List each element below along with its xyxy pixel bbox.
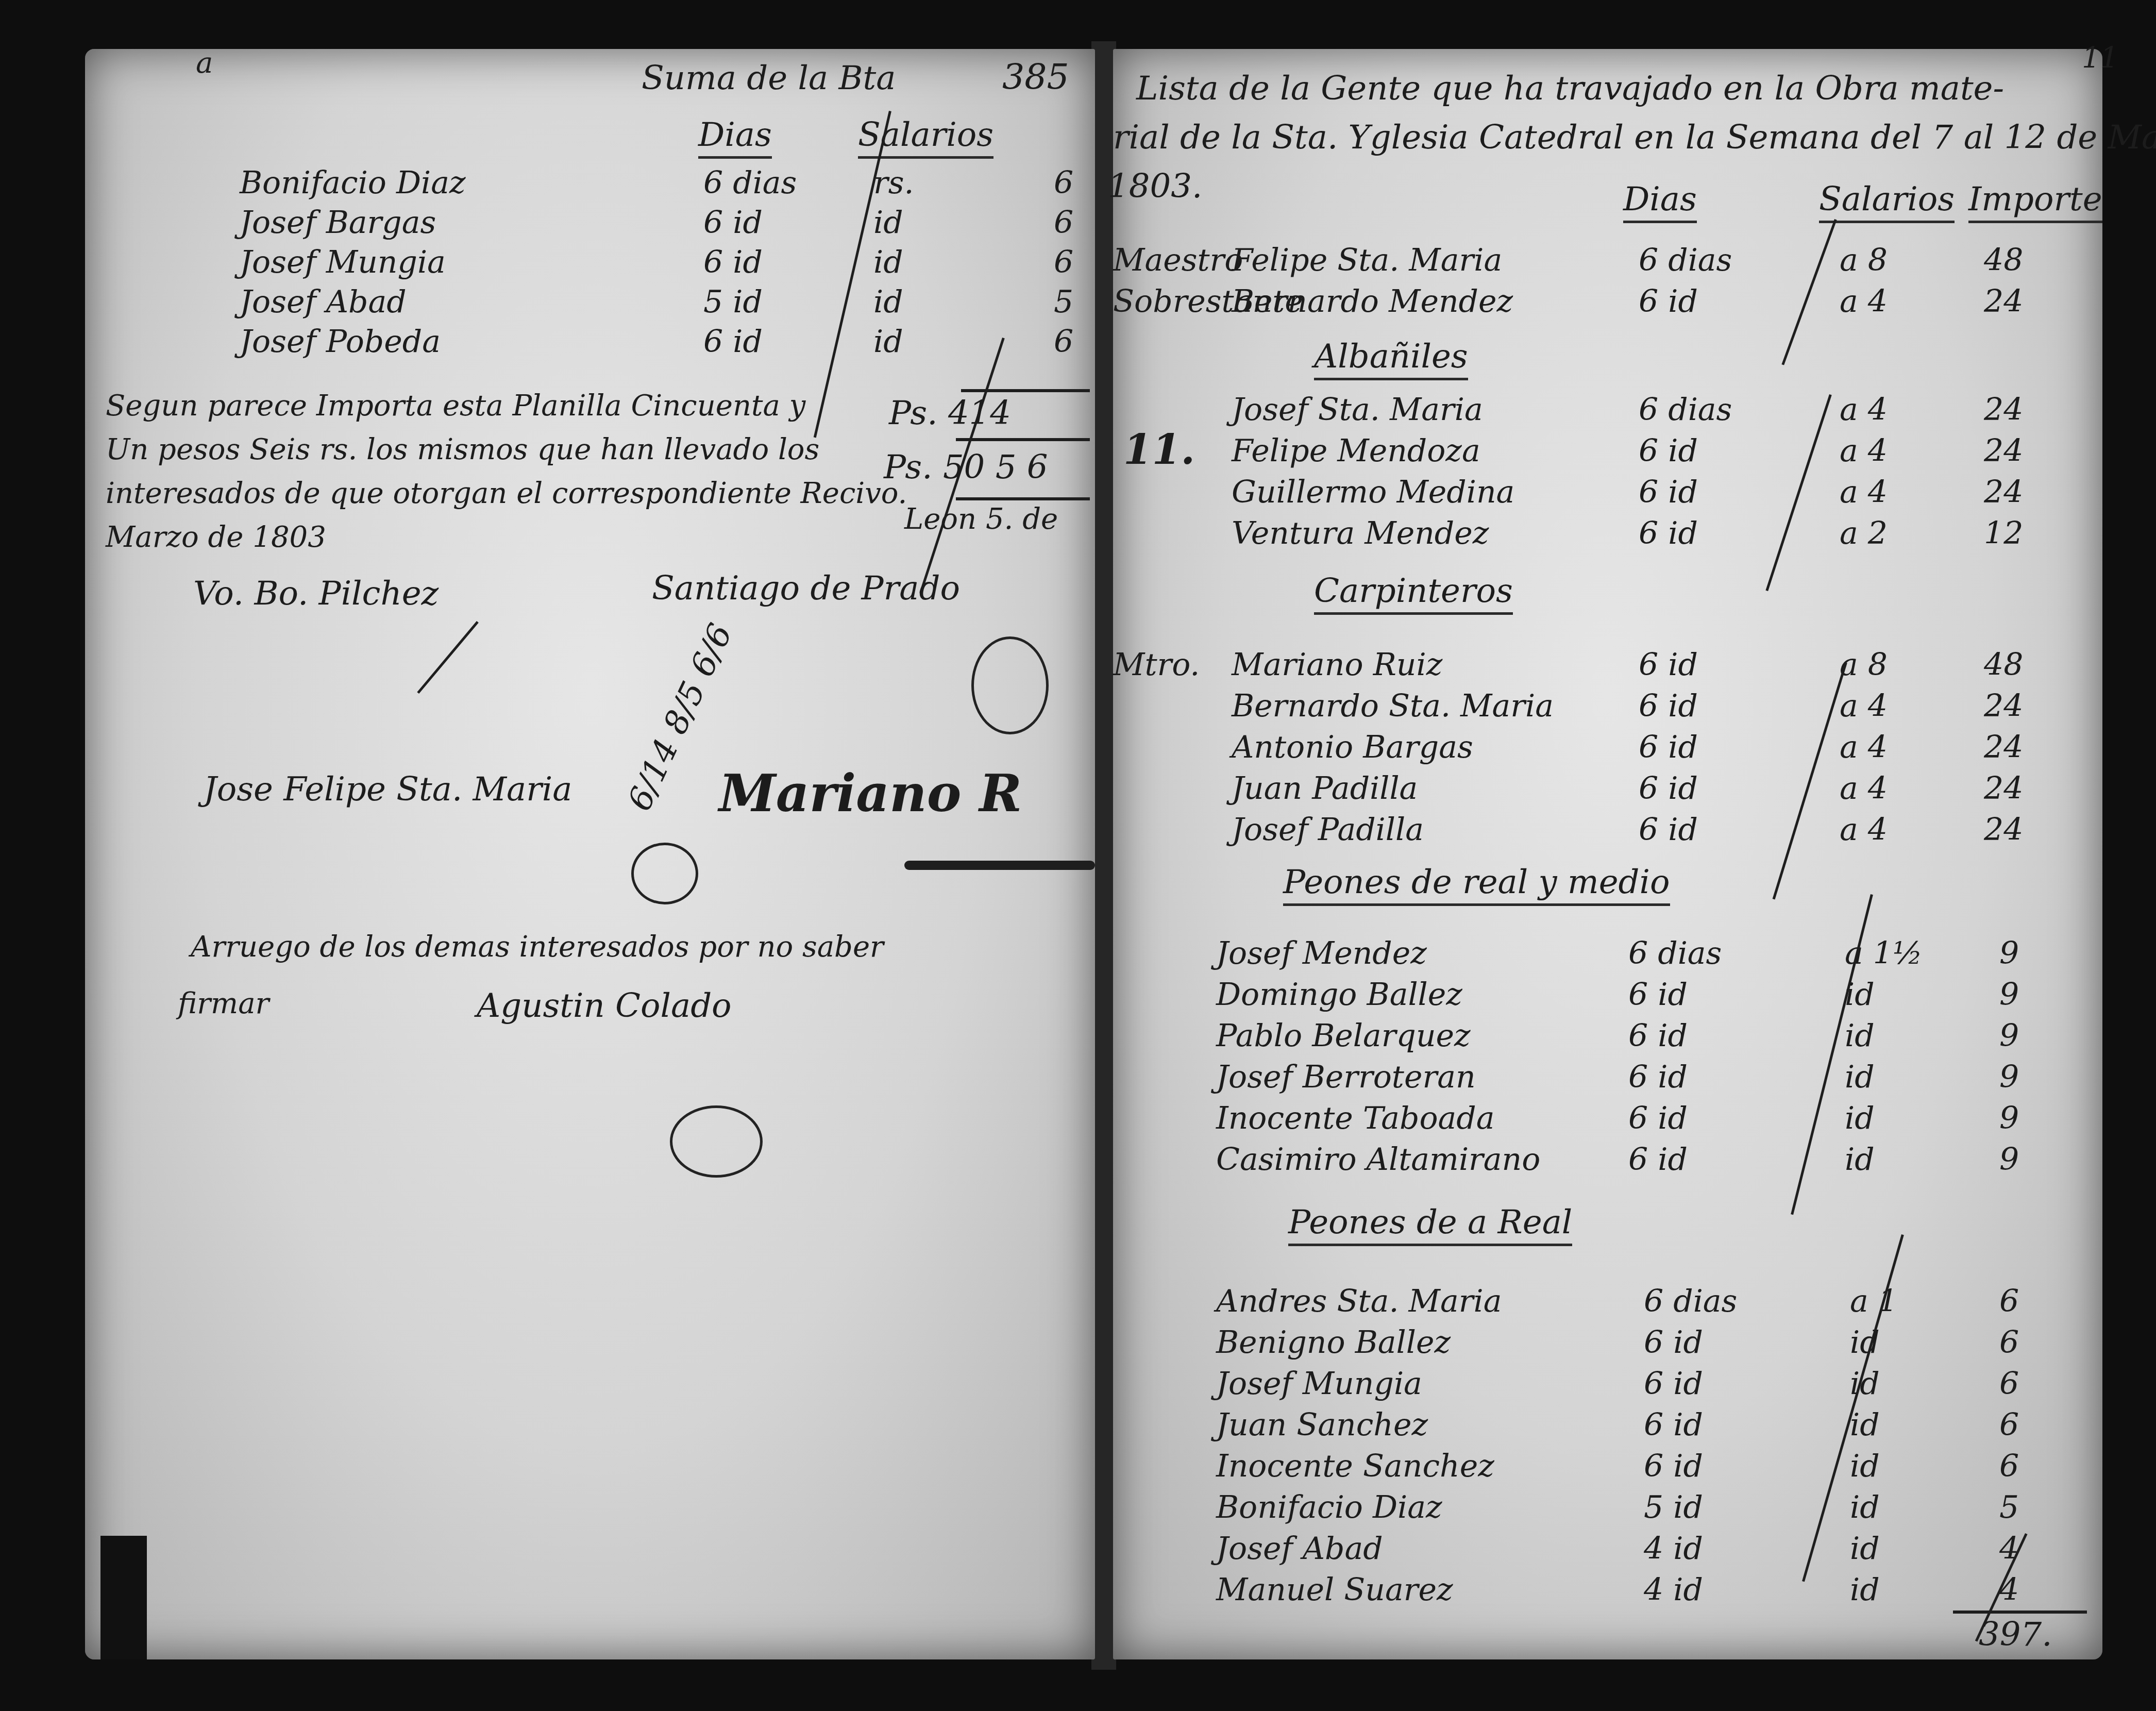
rate: id [873,244,903,280]
worker-name: Juan Sanchez [1216,1407,1428,1443]
rubric-icon [631,843,698,904]
days: 6 dias [1628,935,1722,971]
sum-rule [961,389,1090,392]
bookmark-tab [100,1536,147,1659]
amount: 9 [1999,1142,2019,1178]
days: 5 id [703,284,763,320]
worker-name: Andres Sta. Maria [1216,1283,1502,1319]
worker-name: Josef Pobeda [240,324,441,360]
table-row: Josef Mendez 6 dias a 1½ 9 [1113,935,2092,977]
days: 6 id [1639,647,1698,683]
table-row: Bernardo Sta. Maria 6 id a 4 24 [1113,688,2092,729]
table-row: Inocente Sanchez 6 id id 6 [1113,1448,2092,1489]
signature-firmar: firmar [178,987,269,1020]
table-row: Casimiro Altamirano 6 id id 9 [1113,1142,2092,1183]
days: 4 id [1644,1572,1703,1608]
worker-name: Ventura Mendez [1232,515,1489,551]
sum-rule [956,497,1090,500]
amount: 24 [1984,729,2023,765]
amount: 24 [1984,812,2023,848]
left-page: a Suma de la Bta 385 Dias Salarios Bonif… [85,49,1095,1659]
rate: id [1845,1018,1875,1054]
worker-name: Josef Mungia [1216,1366,1422,1402]
table-row: Sobrestante Bernardo Mendez 6 id a 4 24 [1113,283,2092,325]
table-row: Josef Sta. Maria 6 dias a 4 24 [1113,392,2092,433]
amount: 9 [1999,1018,2019,1054]
table-row: Bonifacio Diaz 5 id id 5 [1113,1489,2092,1531]
amount: 48 [1984,647,2023,683]
worker-name: Antonio Bargas [1232,729,1473,765]
table-row: Josef Mungia 6 id id 6 [1113,1366,2092,1407]
title-line: Lista de la Gente que ha travajado en la… [1136,70,2004,108]
header-salary: Salarios [1819,180,1955,223]
header-days: Dias [698,116,772,159]
statement-line: Segun parece Importa esta Planilla Cincu… [106,389,805,423]
days: 6 dias [1639,392,1732,428]
days: 6 id [703,205,763,241]
amount: 24 [1984,474,2023,510]
amount: 9 [1999,977,2019,1013]
signature-agustin: Agustin Colado [477,987,732,1025]
worker-name: Josef Berroteran [1216,1059,1476,1095]
days: 6 id [1639,688,1698,724]
days: 6 id [1639,729,1698,765]
title-line: rial de la Sta. Yglesia Catedral en la S… [1113,119,2156,157]
table-row: Andres Sta. Maria 6 dias a 1 6 [1113,1283,2092,1324]
rate: id [1850,1407,1880,1443]
amount: 6 [1999,1324,2019,1361]
worker-name: Manuel Suarez [1216,1572,1453,1608]
amount: 6 [1999,1366,2019,1402]
table-row: Mtro. Mariano Ruiz 6 id a 8 48 [1113,647,2092,688]
signature-jose: Jose Felipe Sta. Maria [204,770,572,809]
rate: id [1845,1100,1875,1136]
signature-flourish [417,621,479,694]
amount: 24 [1984,433,2023,469]
signature-vobo: Vo. Bo. Pilchez [193,575,439,613]
days: 6 id [703,244,763,280]
days: 6 id [1628,1100,1688,1136]
table-row: Inocente Taboada 6 id id 9 [1113,1100,2092,1142]
worker-name: Felipe Sta. Maria [1232,242,1502,278]
days: 6 dias [1639,242,1732,278]
title-line: 1803. [1108,167,1202,206]
corner-mark: a [196,46,213,80]
days: 6 id [1644,1448,1703,1484]
worker-name: Inocente Sanchez [1216,1448,1494,1484]
amount: 9 [1999,935,2019,971]
rate: id [873,324,903,360]
amount: 12 [1984,515,2023,551]
table-row: Juan Padilla 6 id a 4 24 [1113,770,2092,812]
table-row: Josef Abad 5 id id 5 [240,284,1095,325]
rate: a 4 [1840,729,1888,765]
section-title: Carpinteros [1314,572,1513,615]
worker-name: Josef Abad [1216,1531,1383,1567]
rate: a 8 [1840,242,1888,278]
worker-name: Josef Sta. Maria [1232,392,1483,428]
table-row: Josef Abad 4 id id 4 [1113,1531,2092,1572]
statement-line: interesados de que otorgan el correspond… [106,477,907,510]
days: 6 id [1639,770,1698,807]
page-number: 11 [2082,41,2118,75]
rate: a 4 [1840,392,1888,428]
worker-name: Josef Padilla [1232,812,1424,848]
table-row: Manuel Suarez 4 id id 4 [1113,1572,2092,1613]
amount: 6 [1054,324,1073,360]
rate: id [1850,1448,1880,1484]
table-row: Antonio Bargas 6 id a 4 24 [1113,729,2092,770]
days: 6 id [1639,433,1698,469]
worker-name: Bernardo Mendez [1232,283,1513,320]
rate: id [1850,1489,1880,1525]
table-row: Guillermo Medina 6 id a 4 24 [1113,474,2092,515]
table-row: Maestro Felipe Sta. Maria 6 dias a 8 48 [1113,242,2092,283]
amount: 6 [1999,1283,2019,1319]
worker-name: Guillermo Medina [1232,474,1514,510]
rate: id [1850,1531,1880,1567]
carry-over-value: 385 [1002,57,1069,97]
rate: a 2 [1840,515,1888,551]
days: 6 id [1644,1366,1703,1402]
amount: 6 [1999,1407,2019,1443]
amount: 5 [1999,1489,2019,1525]
days: 4 id [1644,1531,1703,1567]
amount: 4 [1999,1531,2019,1567]
amount: 6 [1999,1448,2019,1484]
header-salary: Salarios [858,116,993,159]
rate: id [1845,1142,1875,1178]
amount: 9 [1999,1100,2019,1136]
days: 6 id [1628,977,1688,1013]
worker-name: Josef Mendez [1216,935,1427,971]
worker-name: Bonifacio Diaz [1216,1489,1442,1525]
table-row: Josef Bargas 6 id id 6 [240,205,1095,246]
amount: 24 [1984,283,2023,320]
rate: id [1850,1572,1880,1608]
rate: a 4 [1840,812,1888,848]
amount: 6 [1054,205,1073,241]
amount: 5 [1054,284,1073,320]
worker-name: Bonifacio Diaz [240,165,466,201]
days: 6 dias [1644,1283,1737,1319]
total-line-1: Ps. 414 [889,394,1011,432]
role: Mtro. [1113,647,1200,683]
worker-name: Juan Padilla [1232,770,1418,807]
days: 6 id [1628,1142,1688,1178]
role: Maestro [1113,242,1243,278]
section-title: Albañiles [1314,338,1468,380]
worker-name: Bernardo Sta. Maria [1232,688,1554,724]
days: 5 id [1644,1489,1703,1525]
table-row: Ventura Mendez 6 id a 2 12 [1113,515,2092,557]
rate: a 4 [1840,770,1888,807]
worker-name: Domingo Ballez [1216,977,1462,1013]
worker-name: Josef Bargas [240,205,436,241]
table-row: Benigno Ballez 6 id id 6 [1113,1324,2092,1366]
rate: a 1 [1850,1283,1898,1319]
rate: a 4 [1840,433,1888,469]
worker-name: Benigno Ballez [1216,1324,1451,1361]
worker-name: Mariano Ruiz [1232,647,1442,683]
days: 6 id [1644,1407,1703,1443]
section-title: Peones de real y medio [1283,863,1670,906]
table-row: Juan Sanchez 6 id id 6 [1113,1407,2092,1448]
rate: rs. [873,165,914,201]
amount: 48 [1984,242,2023,278]
signature-ruego: Arruego de los demas interesados por no … [191,930,884,964]
amount: 6 [1054,244,1073,280]
worker-name: Felipe Mendoza [1232,433,1480,469]
rate: id [873,205,903,241]
amount: 24 [1984,688,2023,724]
rate: a 4 [1840,283,1888,320]
worker-name: Josef Mungia [240,244,446,280]
worker-name: Inocente Taboada [1216,1100,1495,1136]
days: 6 id [1639,283,1698,320]
days: 6 id [1628,1018,1688,1054]
table-row: Josef Mungia 6 id id 6 [240,244,1095,286]
worker-name: Pablo Belarquez [1216,1018,1471,1054]
table-row: Felipe Mendoza 6 id a 4 24 [1113,433,2092,474]
right-page: 11 Lista de la Gente que ha travajado en… [1113,49,2102,1659]
section-title: Peones de a Real [1288,1203,1572,1246]
statement-date: Marzo de 1803 [106,521,326,554]
rate: a 4 [1840,474,1888,510]
days: 6 id [1639,812,1698,848]
signature-underline [904,861,1095,870]
table-row: Josef Padilla 6 id a 4 24 [1113,812,2092,853]
statement-line: Un pesos Seis rs. los mismos que han lle… [106,433,819,466]
signature-prado: Santiago de Prado [652,569,960,608]
worker-name: Josef Abad [240,284,407,320]
days: 6 id [1639,515,1698,551]
table-row: Josef Berroteran 6 id id 9 [1113,1059,2092,1100]
table-row: Pablo Belarquez 6 id id 9 [1113,1018,2092,1059]
rate: id [873,284,903,320]
sum-rule [1953,1611,2087,1614]
table-row: Bonifacio Diaz 6 dias rs. 6 [240,165,1095,206]
rate: a 4 [1840,688,1888,724]
table-row: Domingo Ballez 6 id id 9 [1113,977,2092,1018]
worker-name: Casimiro Altamirano [1216,1142,1540,1178]
rubric-icon [670,1105,763,1178]
carry-over-label: Suma de la Bta [642,59,896,97]
total-line-2: Ps. 50 5 6 [884,448,1048,487]
book-gutter [1091,41,1116,1670]
table-row: Josef Pobeda 6 id id 6 [240,324,1095,365]
statement-tail: Leon 5. de [904,502,1058,536]
header-amount: Importe [1968,180,2102,223]
amount: 6 [1054,165,1073,201]
rubric-icon [971,636,1049,734]
amount: 9 [1999,1059,2019,1095]
days: 6 id [703,324,763,360]
grand-total: 397. [1979,1616,2052,1654]
signature-mariano: Mariano R [719,763,1022,824]
sum-rule [956,438,1090,441]
rate: a 8 [1840,647,1888,683]
amount: 24 [1984,770,2023,807]
amount: 24 [1984,392,2023,428]
days: 6 id [1644,1324,1703,1361]
header-days: Dias [1623,180,1697,223]
days: 6 id [1639,474,1698,510]
days: 6 dias [703,165,797,201]
days: 6 id [1628,1059,1688,1095]
amount: 4 [1999,1572,2019,1608]
rate: id [1845,1059,1875,1095]
